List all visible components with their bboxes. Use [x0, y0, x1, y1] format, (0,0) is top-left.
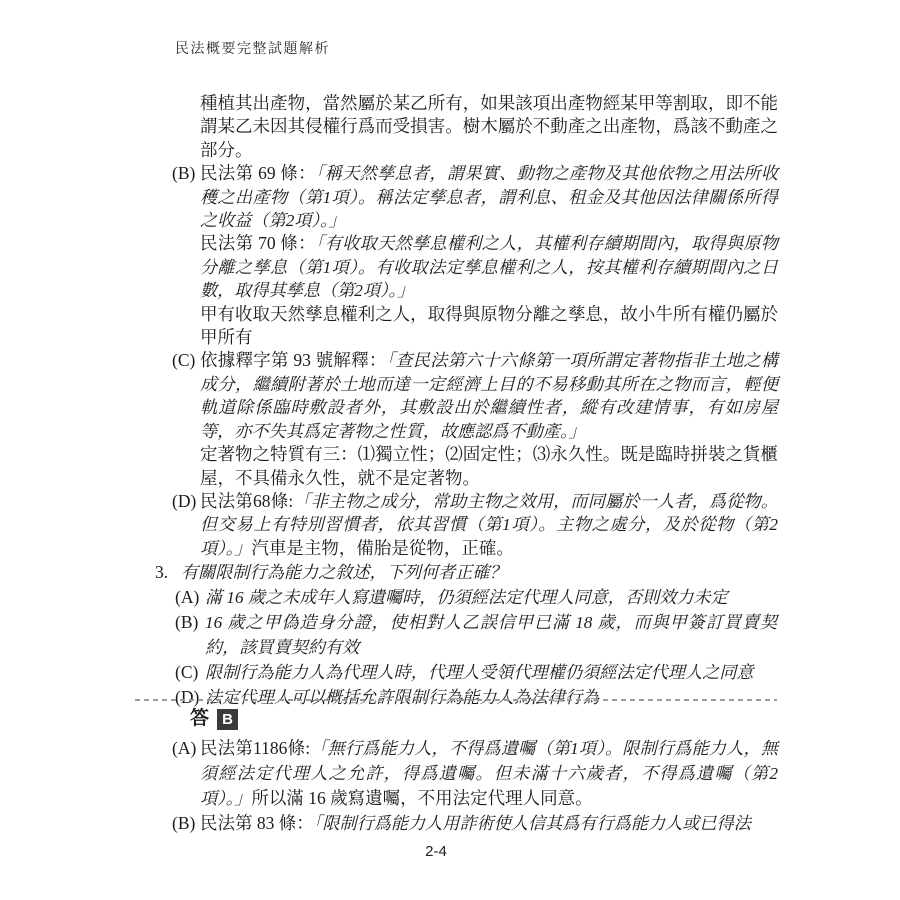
answer-marker-b: (B): [172, 811, 195, 835]
explanation-block-prev-question: 種植其出產物，當然屬於某乙所有，如果該項出產物經某甲等割取，即不能謂某乙未因其侵…: [172, 92, 778, 560]
answer-item-a: (A) 民法第1186條:「無行爲能力人，不得爲遺囑（第1項）。限制行爲能力人，…: [172, 736, 778, 811]
page-number: 2-4: [0, 843, 872, 860]
answer-label: 答: [190, 708, 209, 730]
item-marker-d: (D): [172, 490, 196, 513]
explanation-text: 甲有收取天然孳息權利之人，取得與原物分離之孳息，故小牛所有權仍屬於甲所有: [200, 304, 778, 347]
explanation-text: 定著物之特質有三：⑴獨立性；⑵固定性；⑶永久性。既是臨時拼裝之貨櫃屋，不具備永久…: [200, 444, 778, 487]
statute-lead: 民法第 70 條：: [200, 233, 316, 253]
answer-header: 答 B: [190, 708, 778, 730]
statute-comment: 汽車是主物，備胎是從物，正確。: [251, 538, 514, 558]
option-marker-d: (D): [175, 685, 199, 709]
option-c: (C) 限制行為能力人為代理人時，代理人受領代理權仍須經法定代理人之同意: [175, 660, 777, 685]
explanation-item-b: (B) 民法第 69 條：「稱天然孳息者，謂果實、動物之產物及其他依物之用法所收…: [172, 162, 778, 232]
option-marker-c: (C): [175, 660, 198, 684]
question-3-block: 3. 有關限制行為能力之敘述，下列何者正確？ (A) 滿 16 歲之未成年人寫遺…: [155, 560, 777, 710]
statute-lead: 民法第1186條:: [200, 738, 310, 758]
running-header-title: 民法概要完整試題解析: [175, 38, 330, 58]
item-marker-c: (C): [172, 349, 195, 372]
explanation-item-d: (D) 民法第68條:「非主物之成分，常助主物之效用，而同屬於一人者，爲從物。但…: [172, 490, 778, 560]
explanation-item-b-statute70: 民法第 70 條：「有收取天然孳息權利之人，其權利存續期間內，取得與原物分離之孳…: [172, 232, 778, 302]
option-a: (A) 滿 16 歲之未成年人寫遺囑時，仍須經法定代理人同意，否則效力未定: [175, 585, 777, 610]
explanation-text: 種植其出產物，當然屬於某乙所有，如果該項出產物經某甲等割取，即不能謂某乙未因其侵…: [200, 93, 778, 160]
explanation-item-b-comment: 甲有收取天然孳息權利之人，取得與原物分離之孳息，故小牛所有權仍屬於甲所有: [172, 303, 778, 350]
option-marker-b: (B): [175, 610, 198, 634]
explanation-item-c-comment: 定著物之特質有三：⑴獨立性；⑵固定性；⑶永久性。既是臨時拼裝之貨櫃屋，不具備永久…: [172, 443, 778, 490]
answer-letter-badge: B: [217, 709, 238, 730]
statute-comment: 所以滿 16 歲寫遺囑，不用法定代理人同意。: [251, 788, 592, 808]
option-text-a: 滿 16 歲之未成年人寫遺囑時，仍須經法定代理人同意，否則效力未定: [205, 588, 728, 607]
explanation-item-c: (C) 依據釋字第 93 號解釋：「查民法第六十六條第一項所謂定著物指非土地之構…: [172, 349, 778, 443]
question-options: (A) 滿 16 歲之未成年人寫遺囑時，仍須經法定代理人同意，否則效力未定 (B…: [175, 585, 777, 710]
option-d: (D) 法定代理人可以概括允許限制行為能力人為法律行為: [175, 685, 777, 710]
option-text-d: 法定代理人可以概括允許限制行為能力人為法律行為: [205, 688, 599, 707]
statute-lead: 民法第68條:: [200, 491, 293, 511]
dashed-divider: [135, 699, 777, 701]
option-marker-a: (A): [175, 585, 199, 609]
explanation-paragraph: 種植其出產物，當然屬於某乙所有，如果該項出產物經某甲等割取，即不能謂某乙未因其侵…: [172, 92, 778, 162]
answer-marker-a: (A): [172, 736, 196, 760]
statute-lead: 依據釋字第 93 號解釋：: [200, 350, 387, 370]
answer-3-block: 答 B (A) 民法第1186條:「無行爲能力人，不得爲遺囑（第1項）。限制行爲…: [172, 708, 778, 836]
item-marker-b: (B): [172, 162, 195, 185]
book-page: { "header": { "book_title": "民法概要完整試題解析"…: [0, 0, 900, 900]
statute-lead: 民法第 83 條：: [200, 813, 314, 833]
answer-item-b: (B) 民法第 83 條：「限制行爲能力人用詐術使人信其爲有行爲能力人或已得法: [172, 811, 778, 836]
question-stem-line: 3. 有關限制行為能力之敘述，下列何者正確？: [155, 560, 777, 585]
question-stem: 有關限制行為能力之敘述，下列何者正確？: [181, 563, 507, 582]
statute-quote: 「限制行爲能力人用詐術使人信其爲有行爲能力人或已得法: [314, 814, 751, 833]
statute-lead: 民法第 69 條：: [200, 163, 316, 183]
question-number: 3.: [155, 560, 168, 584]
option-text-c: 限制行為能力人為代理人時，代理人受領代理權仍須經法定代理人之同意: [205, 663, 754, 682]
option-text-b: 16 歲之甲偽造身分證，使相對人乙誤信甲已滿 18 歲，而與甲簽訂買賣契約，該買…: [205, 613, 777, 657]
option-b: (B) 16 歲之甲偽造身分證，使相對人乙誤信甲已滿 18 歲，而與甲簽訂買賣契…: [175, 610, 777, 660]
